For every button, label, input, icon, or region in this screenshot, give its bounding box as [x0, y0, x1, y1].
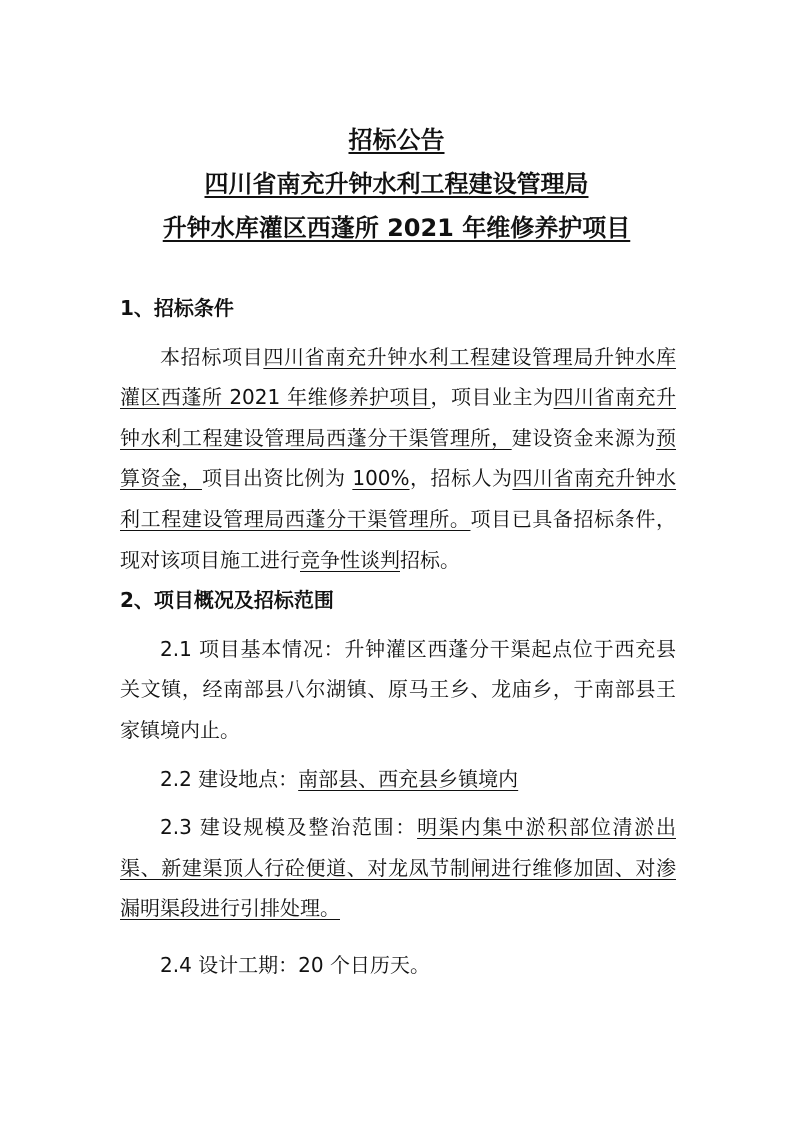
item-value: 20 个日历天。: [298, 953, 430, 977]
text: 建设资金来源为: [512, 426, 656, 450]
section-1-paragraph: 本招标项目四川省南充升钟水利工程建设管理局升钟水库灌区西蓬所 2021 年维修养…: [120, 337, 676, 581]
text: 项目出资比例为: [202, 466, 352, 490]
title-block: 招标公告 四川省南充升钟水利工程建设管理局 升钟水库灌区西蓬所 2021 年维修…: [0, 118, 793, 250]
item-2-2: 2.2 建设地点：南部县、西充县乡镇境内: [120, 759, 676, 800]
title-announcement: 招标公告: [0, 118, 793, 162]
title-project: 升钟水库灌区西蓬所 2021 年维修养护项目: [0, 206, 793, 250]
document-body: 1、招标条件 本招标项目四川省南充升钟水利工程建设管理局升钟水库灌区西蓬所 20…: [120, 288, 676, 986]
item-2-4: 2.4 设计工期：20 个日历天。: [120, 945, 676, 986]
item-label: 2.4 设计工期：: [160, 953, 298, 977]
title-text: 四川省南充升钟水利工程建设管理局: [205, 170, 589, 198]
text: ，项目业主为: [431, 385, 554, 409]
document-page: 招标公告 四川省南充升钟水利工程建设管理局 升钟水库灌区西蓬所 2021 年维修…: [0, 0, 793, 1121]
tender-method: 竞争性谈判: [300, 548, 400, 572]
item-2-1: 2.1 项目基本情况：升钟灌区西蓬分干渠起点位于西充县关文镇，经南部县八尔湖镇、…: [120, 629, 676, 751]
item-label: 2.3 建设规模及整治范围：: [160, 815, 417, 839]
item-label: 2.2 建设地点：: [160, 767, 298, 791]
text: 招标。: [400, 548, 460, 572]
title-organization: 四川省南充升钟水利工程建设管理局: [0, 162, 793, 206]
title-text: 升钟水库灌区西蓬所 2021 年维修养护项目: [163, 214, 631, 242]
funding-ratio: 100%: [352, 466, 409, 490]
item-label: 2.1 项目基本情况：: [160, 637, 344, 661]
section-2-heading: 2、项目概况及招标范围: [120, 580, 676, 621]
title-text: 招标公告: [349, 126, 445, 154]
text: ，招标人为: [410, 466, 513, 490]
section-1-heading: 1、招标条件: [120, 288, 676, 329]
text: 本招标项目: [160, 345, 263, 369]
item-value: 南部县、西充县乡镇境内: [298, 767, 518, 791]
item-2-3: 2.3 建设规模及整治范围：明渠内集中淤积部位清淤出渠、新建渠顶人行砼便道、对龙…: [120, 807, 676, 929]
